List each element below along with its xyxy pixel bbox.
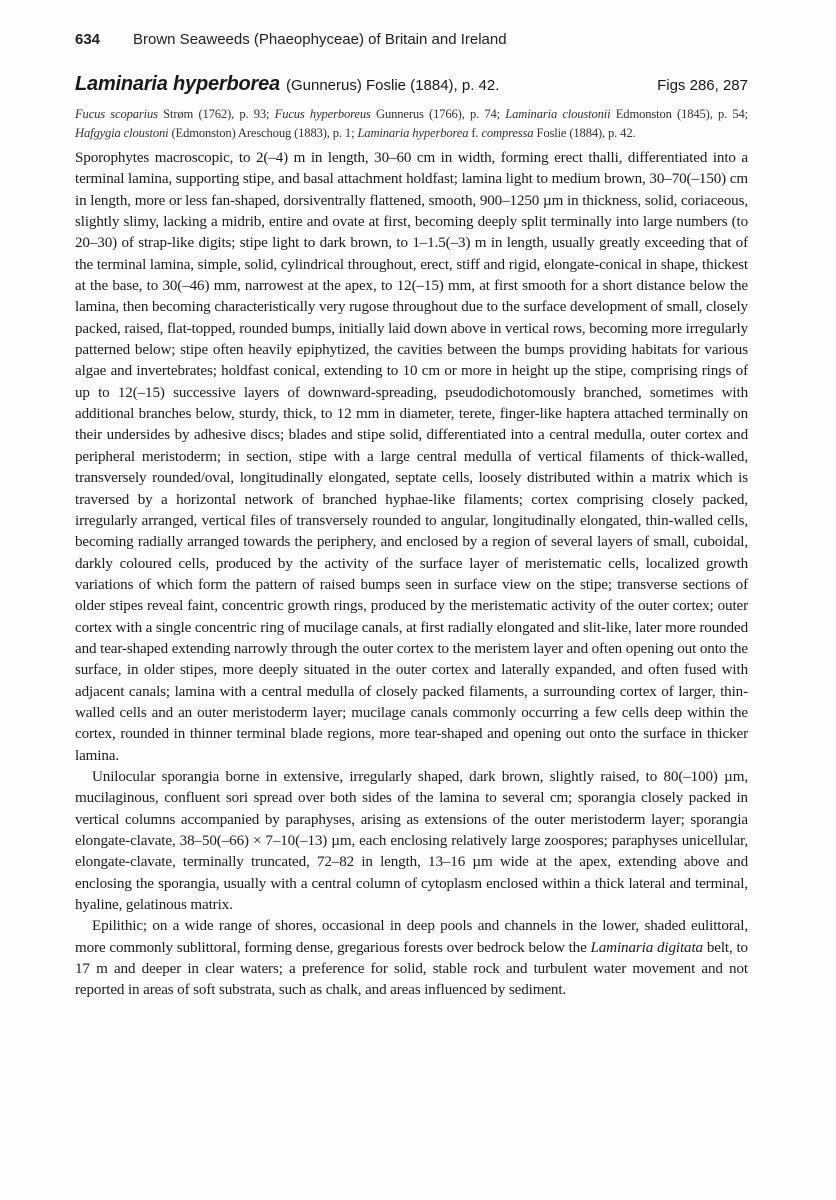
- book-page: 634Brown Seaweeds (Phaeophyceae) of Brit…: [0, 0, 836, 1200]
- page-number: 634: [75, 31, 133, 48]
- synonym-name: Fucus scoparius: [75, 107, 158, 121]
- species-heading: Laminaria hyperborea(Gunnerus) Foslie (1…: [75, 73, 748, 96]
- synonym-name: Laminaria hyperborea: [357, 126, 468, 140]
- synonym-citation: Strøm (1762), p. 93;: [158, 107, 275, 121]
- figure-reference: Figs 286, 287: [657, 77, 748, 94]
- reproduction-paragraph: Unilocular sporangia borne in extensive,…: [75, 767, 748, 916]
- description-body: Sporophytes macroscopic, to 2(–4) m in l…: [75, 148, 748, 1002]
- synonym-name: Fucus hyperboreus: [275, 107, 371, 121]
- book-title: Brown Seaweeds (Phaeophyceae) of Britain…: [133, 31, 507, 48]
- morphology-paragraph: Sporophytes macroscopic, to 2(–4) m in l…: [75, 148, 748, 767]
- synonym-citation: Edmonston (1845), p. 54;: [611, 107, 748, 121]
- synonym-citation: (Edmonston) Areschoug (1883), p. 1;: [169, 126, 358, 140]
- synonym-name: compressa: [481, 126, 533, 140]
- synonym-citation: Foslie (1884), p. 42.: [533, 126, 635, 140]
- habitat-paragraph: Epilithic; on a wide range of shores, oc…: [75, 916, 748, 1001]
- synonym-name: Hafgygia cloustoni: [75, 126, 169, 140]
- synonym-name: Laminaria cloustonii: [505, 107, 610, 121]
- synonym-citation: Gunnerus (1766), p. 74;: [371, 107, 505, 121]
- species-authority: (Gunnerus) Foslie (1884), p. 42.: [286, 77, 499, 94]
- synonym-citation: f.: [468, 126, 481, 140]
- taxon-reference: Laminaria digitata: [590, 940, 703, 956]
- species-name: Laminaria hyperborea: [75, 73, 280, 95]
- running-head: 634Brown Seaweeds (Phaeophyceae) of Brit…: [75, 31, 507, 48]
- synonymy-list: Fucus scoparius Strøm (1762), p. 93; Fuc…: [75, 105, 748, 143]
